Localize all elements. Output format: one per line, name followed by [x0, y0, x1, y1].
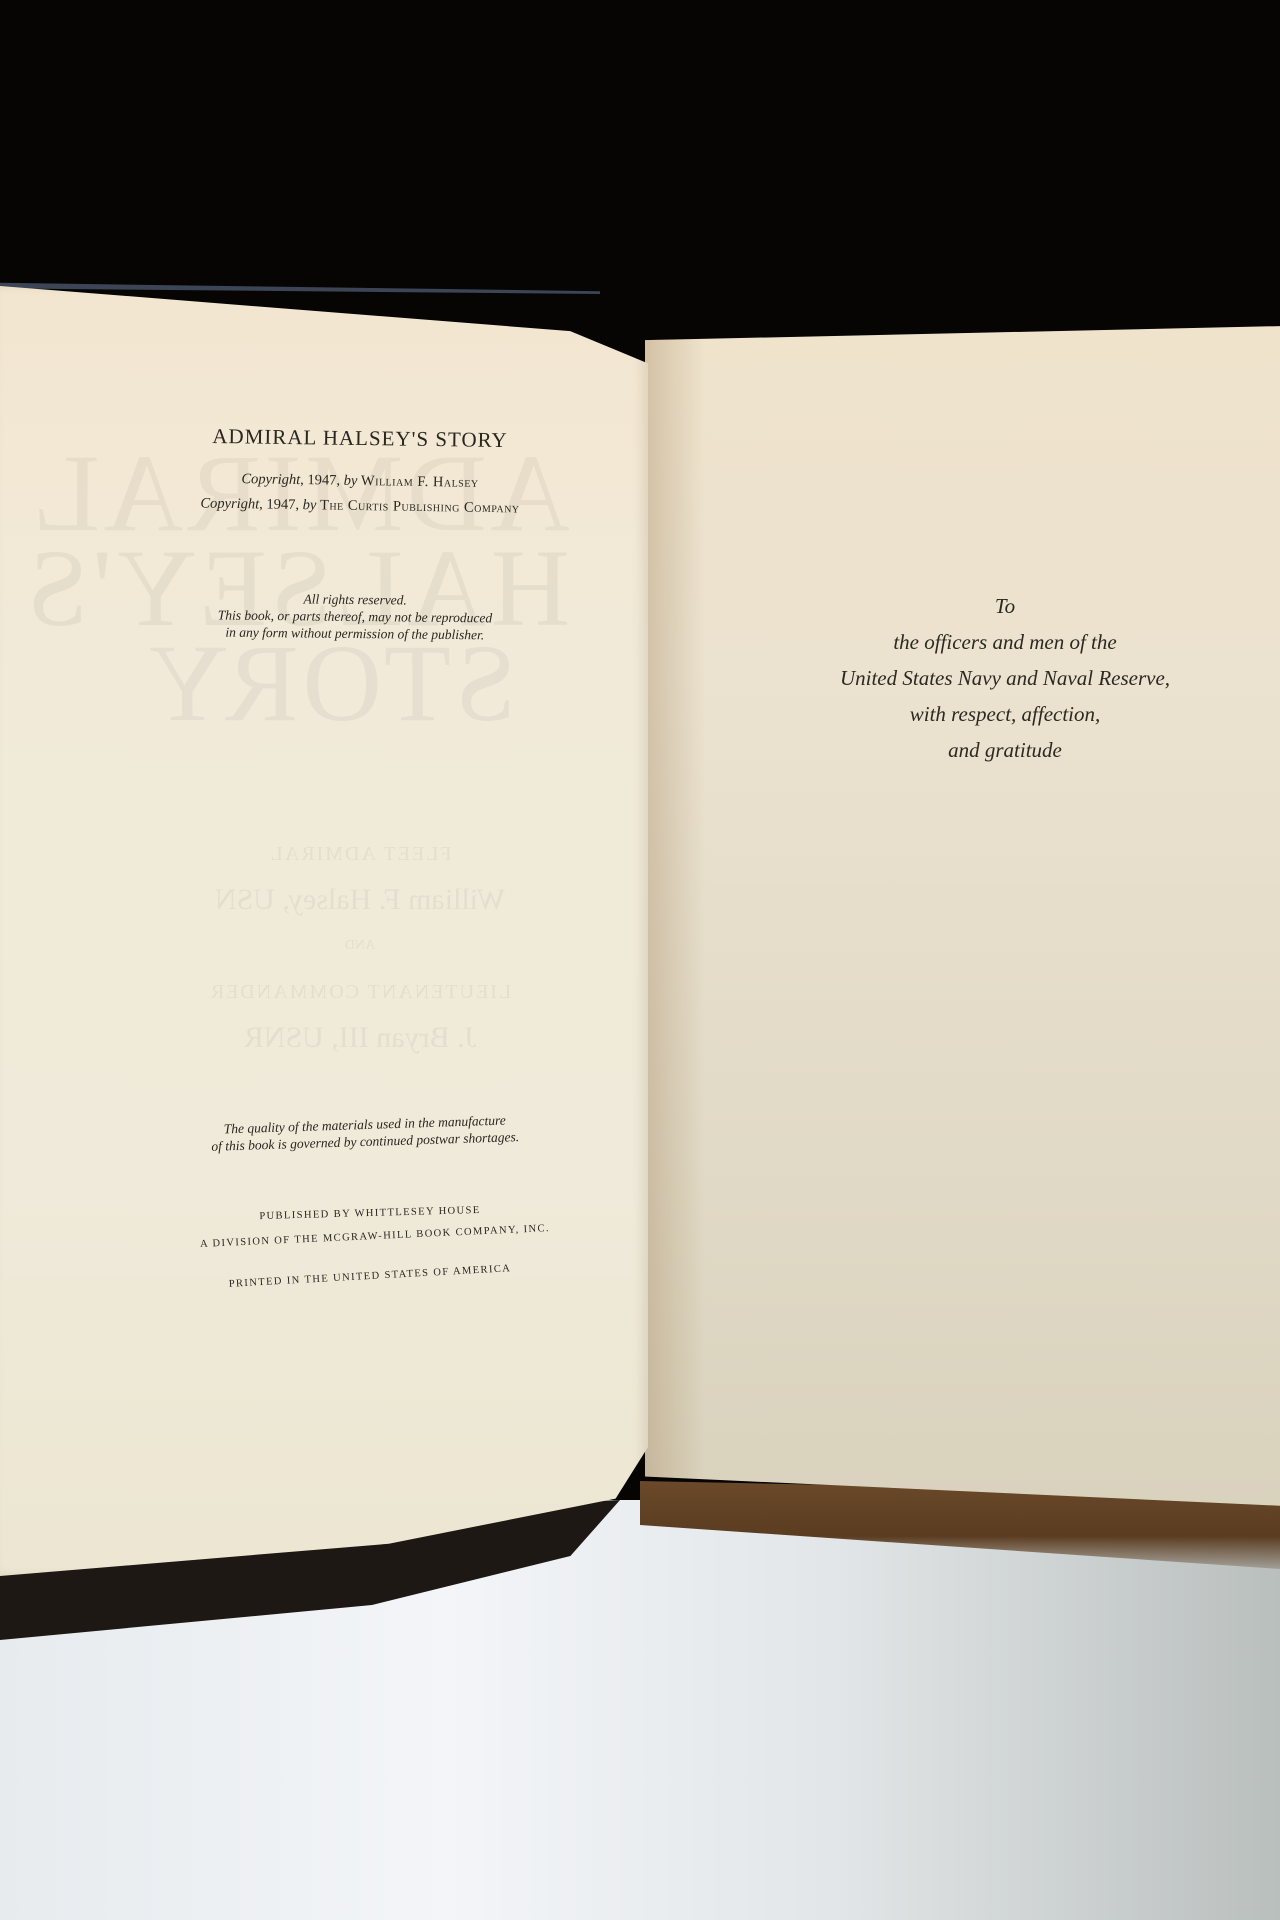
rights-notice: All rights reserved. This book, or parts…	[180, 589, 531, 644]
photo-scene: To the officers and men of the United St…	[0, 0, 1280, 1920]
copyright-year: 1947,	[307, 472, 340, 489]
bleed-line: STORY	[90, 636, 570, 731]
bleed-line: LIEUTENANT COMMANDER	[160, 969, 560, 1015]
bleed-line: AND	[160, 923, 560, 969]
dedication: To the officers and men of the United St…	[785, 588, 1225, 768]
bleed-line: William F. Halsey, USN	[160, 877, 560, 923]
left-page-copyright: ADMIRAL HALSEY'S STORY FLEET ADMIRAL Wil…	[0, 286, 648, 1576]
copyright-label: Copyright	[200, 495, 259, 512]
publisher-line: Published by Whittlesey House	[170, 1202, 570, 1224]
copyright-holder: William F. Halsey	[361, 473, 479, 491]
publisher-division-line: A Division of the McGraw-Hill Book Compa…	[165, 1221, 585, 1251]
copyright-holder: The Curtis Publishing Company	[320, 497, 520, 516]
copyright-by: by	[344, 473, 358, 489]
dedication-line: To	[785, 588, 1225, 624]
dedication-line: and gratitude	[785, 732, 1225, 768]
bleed-line: FLEET ADMIRAL	[160, 831, 560, 877]
right-page: To the officers and men of the United St…	[645, 326, 1280, 1506]
dedication-line: with respect, affection,	[785, 696, 1225, 732]
copyright-year: 1947,	[266, 497, 299, 514]
copyright-by: by	[303, 497, 317, 513]
book-cover-top-edge	[0, 280, 600, 294]
dedication-line: United States Navy and Naval Reserve,	[785, 660, 1225, 696]
copyright-label: Copyright	[241, 471, 300, 488]
bleed-through-authors: FLEET ADMIRAL William F. Halsey, USN AND…	[160, 831, 560, 1061]
printed-in-line: Printed in the United States of America	[170, 1260, 570, 1293]
dedication-line: the officers and men of the	[785, 624, 1225, 660]
bleed-line: J. Bryan III, USNR	[160, 1015, 560, 1061]
quality-notice: The quality of the materials used in the…	[180, 1110, 551, 1156]
rights-line: in any form without permission of the pu…	[180, 623, 530, 644]
